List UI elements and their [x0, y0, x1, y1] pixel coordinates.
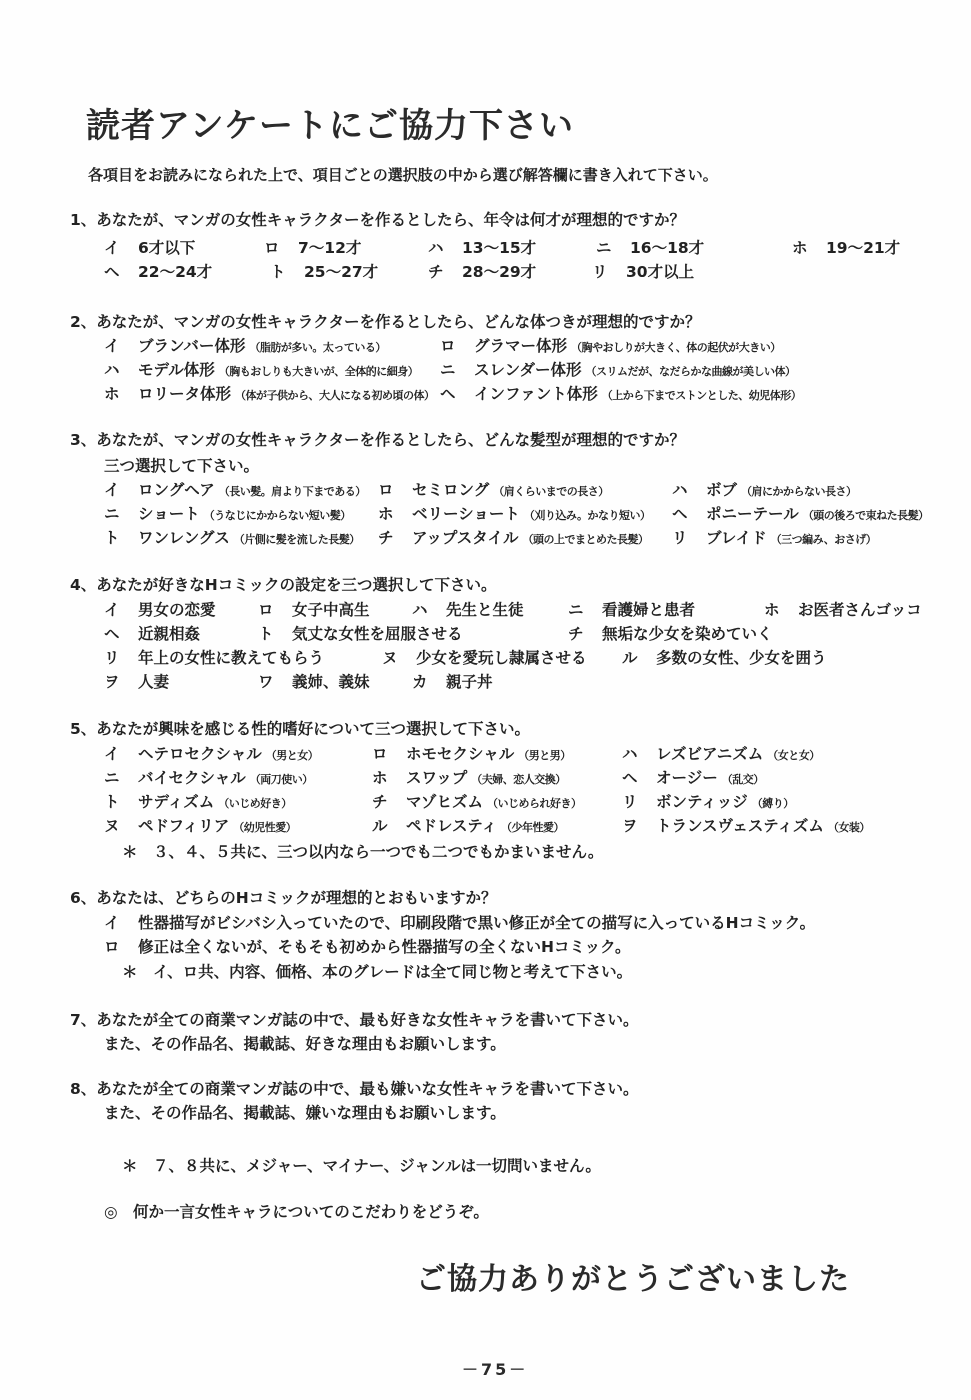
q3-option: ニショート（うなじにかからない短い髪）	[104, 502, 351, 524]
question-5: 5、あなたが興味を感じる性的嗜好について三つ選択して下さい。	[70, 717, 530, 739]
q1-option: ホ19～21才	[792, 236, 900, 258]
q2-option: ヘインファント体形（上から下までストンとした、幼児体形）	[440, 382, 801, 404]
q5-option: ニバイセクシャル（両刀使い）	[104, 766, 313, 788]
q5-option: ロホモセクシャル（男と男）	[372, 742, 571, 764]
question-3: 3、あなたが、マンガの女性キャラクターを作るとしたら、どんな髪型が理想的ですか？	[70, 428, 685, 450]
q3-option: ヘポニーテール（頭の後ろで束ねた長髪）	[672, 502, 929, 524]
question-8-line2: また、その作品名、掲載誌、嫌いな理由もお願いします。	[104, 1101, 506, 1123]
q1-option: ト25～27才	[270, 260, 378, 282]
question-7: 7、あなたが全ての商業マンガ誌の中で、最も好きな女性キャラを書いて下さい。	[70, 1008, 638, 1030]
page-number: －75－	[462, 1357, 528, 1380]
q4-option: ヘ近親相姦	[104, 622, 200, 644]
q1-option: リ30才以上	[592, 260, 694, 282]
q4-option: ト気丈な女性を屈服させる	[258, 622, 463, 644]
q3-option: ロセミロング（肩くらいまでの長さ）	[378, 478, 609, 500]
q5-option: ヘオージー（乱交）	[622, 766, 764, 788]
q1-option: イ6才以下	[104, 236, 195, 258]
q4-option: カ親子丼	[412, 670, 493, 692]
q1-option: ヘ22～24才	[104, 260, 212, 282]
q4-option: ロ女子中高生	[258, 598, 370, 620]
q1-option: チ28～29才	[428, 260, 536, 282]
q3-option: イロングヘア（長い髪。肩より下まである）	[104, 478, 366, 500]
q5-option: ハレズビアニズム（女と女）	[622, 742, 820, 764]
q3-instruction: 三つ選択して下さい。	[104, 454, 259, 476]
q78-footnote: ＊ ７、８共に、メジャー、マイナー、ジャンルは一切問いません。	[122, 1154, 601, 1176]
q4-option: イ男女の恋愛	[104, 598, 216, 620]
q5-option: リボンティッジ（縛り）	[622, 790, 794, 812]
question-1: 1、あなたが、マンガの女性キャラクターを作るとしたら、年令は何才が理想的ですか？	[70, 208, 685, 230]
q4-option: ル多数の女性、少女を囲う	[622, 646, 827, 668]
q3-option: ホベリーショート（刈り込み。かなり短い）	[378, 502, 651, 524]
q6-option: イ性器描写がビシバシ入っていたので、印刷段階で黒い修正が全ての描写に入っているH…	[104, 911, 815, 933]
question-2: 2、あなたが、マンガの女性キャラクターを作るとしたら、どんな体つきが理想的ですか…	[70, 310, 700, 332]
q1-option: ニ16～18才	[596, 236, 704, 258]
q5-option: ヲトランスヴェスティズム（女装）	[622, 814, 870, 836]
q2-option: ハモデル体形（胸もおしりも大きいが、全体的に細身）	[104, 358, 418, 380]
q1-option: ハ13～15才	[428, 236, 536, 258]
q2-option: ホロリータ体形（体が子供から、大人になる初め頃の体）	[104, 382, 435, 404]
q4-option: リ年上の女性に教えてもらう	[104, 646, 324, 668]
q5-option: イヘテロセクシャル（男と女）	[104, 742, 318, 764]
q5-option: チマゾヒズム（いじめられ好き）	[372, 790, 582, 812]
q5-option: ルペドレスティ（少年性愛）	[372, 814, 564, 836]
q6-option: ロ修正は全くないが、そもそも初めから性器描写の全くないHコミック。	[104, 935, 631, 957]
questionnaire-page: 読者アンケートにご協力下さい 各項目をお読みになられた上で、項目ごとの選択肢の中…	[0, 0, 971, 1400]
question-4: 4、あなたが好きなHコミックの設定を三つ選択して下さい。	[70, 573, 496, 595]
q4-option: ニ看護婦と患者	[568, 598, 695, 620]
q4-option: ワ義姉、義妹	[258, 670, 370, 692]
q5-footnote: ＊ ３、４、５共に、三つ以内なら一つでも二つでもかまいません。	[122, 840, 603, 862]
question-8: 8、あなたが全ての商業マンガ誌の中で、最も嫌いな女性キャラを書いて下さい。	[70, 1077, 638, 1099]
comment-prompt: ◎ 何か一言女性キャラについてのこだわりをどうぞ。	[104, 1200, 489, 1222]
intro-text: 各項目をお読みになられた上で、項目ごとの選択肢の中から選び解答欄に書き入れて下さ…	[88, 164, 718, 185]
q3-option: ハボブ（肩にかからない長さ）	[672, 478, 857, 500]
q5-option: トサディズム（いじめ好き）	[104, 790, 292, 812]
q4-option: ヲ人妻	[104, 670, 169, 692]
q3-option: リブレイド（三つ編み、おさげ）	[672, 526, 876, 548]
question-7-line2: また、その作品名、掲載誌、好きな理由もお願いします。	[104, 1032, 506, 1054]
q5-option: ホスワップ（夫婦、恋人交換）	[372, 766, 566, 788]
thanks-message: ご協力ありがとうございました	[416, 1254, 850, 1298]
q2-option: イブランバー体形（脂肪が多い。太っている）	[104, 334, 386, 356]
q5-option: ヌペドフィリア（幼児性愛）	[104, 814, 296, 836]
q6-footnote: ＊ イ、ロ共、内容、価格、本のグレードは全て同じ物と考えて下さい。	[122, 960, 632, 982]
q3-option: トワンレングス（片側に髪を流した長髪）	[104, 526, 360, 548]
question-6: 6、あなたは、どちらのHコミックが理想的とおもいますか？	[70, 886, 496, 908]
q4-option: チ無垢な少女を染めていく	[568, 622, 773, 644]
q4-option: ホお医者さんゴッコ	[764, 598, 922, 620]
page-title: 読者アンケートにご協力下さい	[86, 98, 574, 147]
q4-option: ヌ少女を愛玩し隷属させる	[382, 646, 587, 668]
q4-option: ハ先生と生徒	[412, 598, 524, 620]
q1-option: ロ7～12才	[264, 236, 361, 258]
q2-option: ログラマー体形（胸やおしりが大きく、体の起伏が大きい）	[440, 334, 781, 356]
q3-option: チアップスタイル（頭の上でまとめた長髪）	[378, 526, 649, 548]
q2-option: ニスレンダー体形（スリムだが、なだらかな曲線が美しい体）	[440, 358, 796, 380]
